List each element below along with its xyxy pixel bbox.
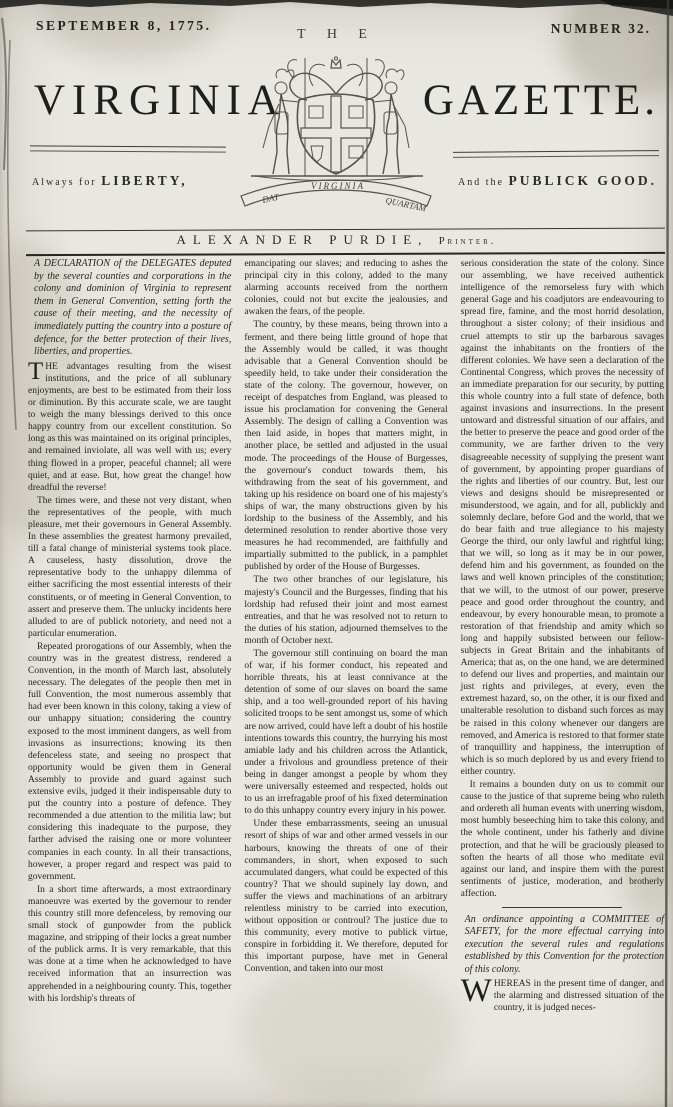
ribbon-text-right: QUARTAM	[385, 195, 428, 213]
paragraph: WHEREAS in the present time of danger, a…	[461, 978, 664, 1014]
masthead-title-gazette: GAZETTE.	[423, 76, 659, 125]
seal-crown-icon	[331, 60, 341, 68]
paragraph: The times were, and these not very dista…	[28, 495, 231, 640]
paragraph: The governour still continuing on board …	[244, 648, 447, 817]
seal-quarter-arms	[349, 106, 363, 118]
paragraph-text: HE advantages resulting from the wisest …	[28, 362, 231, 493]
article-columns: A DECLARATION of the DELEGATES deputed b…	[28, 258, 664, 1015]
motto-right-large: PUBLICK GOOD.	[508, 173, 657, 188]
ribbon-text-center: VIRGINIA	[311, 181, 365, 191]
seal-supporter-right	[373, 69, 409, 174]
paragraph: Repeated prorogations of our Assembly, w…	[28, 641, 231, 883]
printer-line: ALEXANDER PURDIE, Printer.	[0, 232, 673, 248]
supporter-plume	[276, 69, 294, 80]
section-divider-rule	[502, 907, 622, 908]
newspaper-page: SEPTEMBER 8, 1775. T H E NUMBER 32. VIRG…	[0, 0, 673, 1107]
virginia-seal-crest: DAT VIRGINIA QUARTAM	[233, 56, 439, 224]
supporter-plume	[386, 69, 404, 80]
paragraph: The two other branches of our legislatur…	[244, 574, 447, 647]
seal-cross	[301, 96, 371, 172]
ordinance-heading: An ordinance appointing a COMMITTEE of S…	[465, 914, 664, 976]
torn-top-edge	[0, 0, 673, 9]
motto-left: Always for LIBERTY,	[32, 173, 188, 189]
motto-right-small: And the	[458, 177, 504, 188]
paragraph: THE advantages resulting from the wisest…	[28, 361, 231, 494]
motto-left-large: LIBERTY,	[101, 173, 187, 188]
paragraph: serious consideration the state of the c…	[461, 258, 664, 778]
printer-title: Printer.	[439, 236, 497, 247]
seal-crown-orb	[334, 57, 337, 60]
torn-corner	[600, 0, 673, 16]
printer-rule-bottom	[26, 252, 665, 256]
paragraph: In a short time afterwards, a most extra…	[28, 884, 231, 1005]
masthead-rule-left	[30, 145, 226, 152]
seal-supporter-left	[263, 69, 299, 174]
dropcap-T: T	[28, 361, 45, 382]
seal-quarter-arms	[309, 106, 323, 118]
masthead-rule-right	[453, 150, 659, 158]
column-1: A DECLARATION of the DELEGATES deputed b…	[28, 258, 231, 1015]
right-page-edge	[666, 0, 668, 1107]
paragraph: It remains a bounden duty on us to commi…	[461, 779, 664, 900]
ribbon-text-left: DAT	[260, 192, 280, 206]
printer-name: ALEXANDER PURDIE,	[177, 232, 429, 247]
issue-number: NUMBER 32.	[551, 21, 651, 37]
paragraph-text: HEREAS in the present time of danger, an…	[494, 979, 664, 1013]
paragraph: The country, by these means, being throw…	[244, 319, 447, 573]
column-3: serious consideration the state of the c…	[461, 258, 664, 1015]
column-2: emancipating our slaves; and reducing to…	[244, 258, 447, 1015]
motto-right: And the PUBLICK GOOD.	[458, 173, 657, 189]
dropcap-W: W	[461, 978, 494, 1004]
printer-rule-top	[26, 228, 665, 232]
declaration-heading: A DECLARATION of the DELEGATES deputed b…	[34, 258, 231, 359]
paragraph: emancipating our slaves; and reducing to…	[244, 258, 447, 318]
motto-left-small: Always for	[32, 177, 97, 188]
seal-plume	[288, 60, 384, 78]
paragraph: Under these embarrassments, seeing an un…	[244, 818, 447, 975]
